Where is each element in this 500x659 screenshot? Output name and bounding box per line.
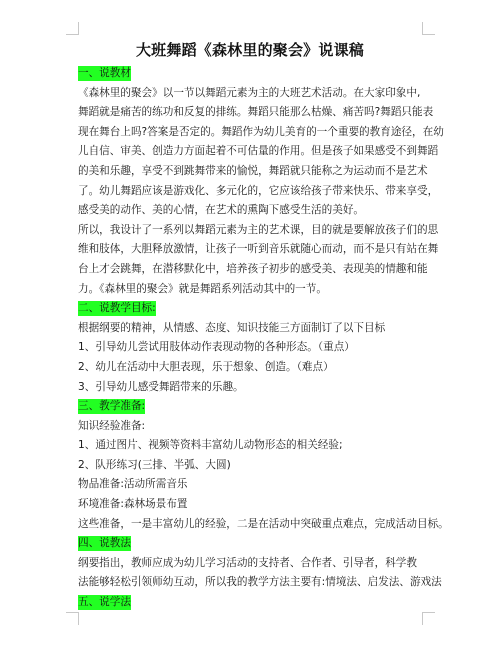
goal-item: 1、引导幼儿尝试用肢体动作表现动物的各种形态。（重点） bbox=[78, 338, 424, 358]
goal-item: 2、幼儿在活动中大胆表现，乐于想象、创造。（难点） bbox=[78, 358, 424, 378]
paragraph-line: 纲要指出，教师应成为幼儿学习活动的支持者、合作者、引导者，科学教 bbox=[78, 554, 424, 574]
heading-text: 四、说教法 bbox=[78, 536, 131, 551]
paragraph-line: 的美和乐趣，享受不到跳舞带来的愉悦，舞蹈就只能称之为运动而不是艺术 bbox=[78, 162, 424, 182]
paragraph-line: 感受美的动作、美的心情，在艺术的熏陶下感受生活的美好。 bbox=[78, 201, 424, 221]
paragraph-line: 维和肢体，大胆释放激情，让孩子一听到音乐就随心而动，而不是只有站在舞 bbox=[78, 240, 424, 260]
margin-corner-bottom-left bbox=[66, 612, 79, 625]
heading-text: 三、教学准备: bbox=[78, 399, 145, 414]
section-heading-teaching-method: 四、说教法 bbox=[78, 534, 424, 554]
paragraph-line: 舞蹈就是痛苦的练功和反复的排练。舞蹈只能那么枯燥、痛苦吗?舞蹈只能表 bbox=[78, 103, 424, 123]
paragraph-line: 了。幼儿舞蹈应该是游戏化、多元化的，它应该给孩子带来快乐、带来享受， bbox=[78, 182, 424, 202]
paragraph-line: 这些准备，一是丰富幼儿的经验，二是在活动中突破重点难点，完成活动目标。 bbox=[78, 515, 424, 535]
preparation-item: 2、队形练习(三排、半弧、大圆) bbox=[78, 456, 424, 476]
paragraph-line: 现在舞台上吗?答案是否定的。舞蹈作为幼儿美育的一个重要的教育途径，在幼 bbox=[78, 123, 424, 143]
document-title: 大班舞蹈《森林里的聚会》说课稿 bbox=[0, 39, 500, 60]
margin-corner-top-right bbox=[422, 22, 435, 35]
paragraph-line: 物品准备:活动所需音乐 bbox=[78, 475, 424, 495]
preparation-item: 1、通过图片、视频等资料丰富幼儿动物形态的相关经验; bbox=[78, 436, 424, 456]
document-body: 一、说教材 《森林里的聚会》以一节以舞蹈元素为主的大班艺术活动。在大家印象中, … bbox=[78, 64, 424, 613]
heading-text: 一、说教材 bbox=[78, 66, 131, 81]
margin-corner-bottom-right bbox=[422, 612, 435, 625]
section-heading-teaching-material: 一、说教材 bbox=[78, 64, 424, 84]
margin-corner-top-left bbox=[66, 22, 79, 35]
paragraph-line: 所以，我设计了一系列以舞蹈元素为主的艺术课，目的就是要解放孩子们的思 bbox=[78, 221, 424, 241]
paragraph-line: 儿自信、审美、创造力方面起着不可估量的作用。但是孩子如果感受不到舞蹈 bbox=[78, 142, 424, 162]
section-heading-learning-method: 五、说学法 bbox=[78, 593, 424, 613]
heading-text: 二、说教学目标: bbox=[78, 301, 156, 316]
paragraph-line: 台上才会跳舞，在潜移默化中，培养孩子初步的感受美、表现美的情趣和能 bbox=[78, 260, 424, 280]
paragraph-line: 法能够轻松引领师幼互动，所以我的教学方法主要有:情境法、启发法、游戏法 bbox=[78, 573, 424, 593]
document-page: 大班舞蹈《森林里的聚会》说课稿 一、说教材 《森林里的聚会》以一节以舞蹈元素为主… bbox=[0, 0, 500, 659]
paragraph-line: 根据纲要的精神，从情感、态度、知识技能三方面制订了以下目标 bbox=[78, 319, 424, 339]
heading-text: 五、说学法 bbox=[78, 595, 131, 610]
paragraph-line: 力。《森林里的聚会》就是舞蹈系列活动其中的一节。 bbox=[78, 280, 424, 300]
paragraph-line: 《森林里的聚会》以一节以舞蹈元素为主的大班艺术活动。在大家印象中, bbox=[78, 84, 424, 104]
section-heading-teaching-goals: 二、说教学目标: bbox=[78, 299, 424, 319]
goal-item: 3、引导幼儿感受舞蹈带来的乐趣。 bbox=[78, 378, 424, 398]
paragraph-line: 环境准备:森林场景布置 bbox=[78, 495, 424, 515]
section-heading-teaching-preparation: 三、教学准备: bbox=[78, 397, 424, 417]
paragraph-line: 知识经验准备: bbox=[78, 417, 424, 437]
